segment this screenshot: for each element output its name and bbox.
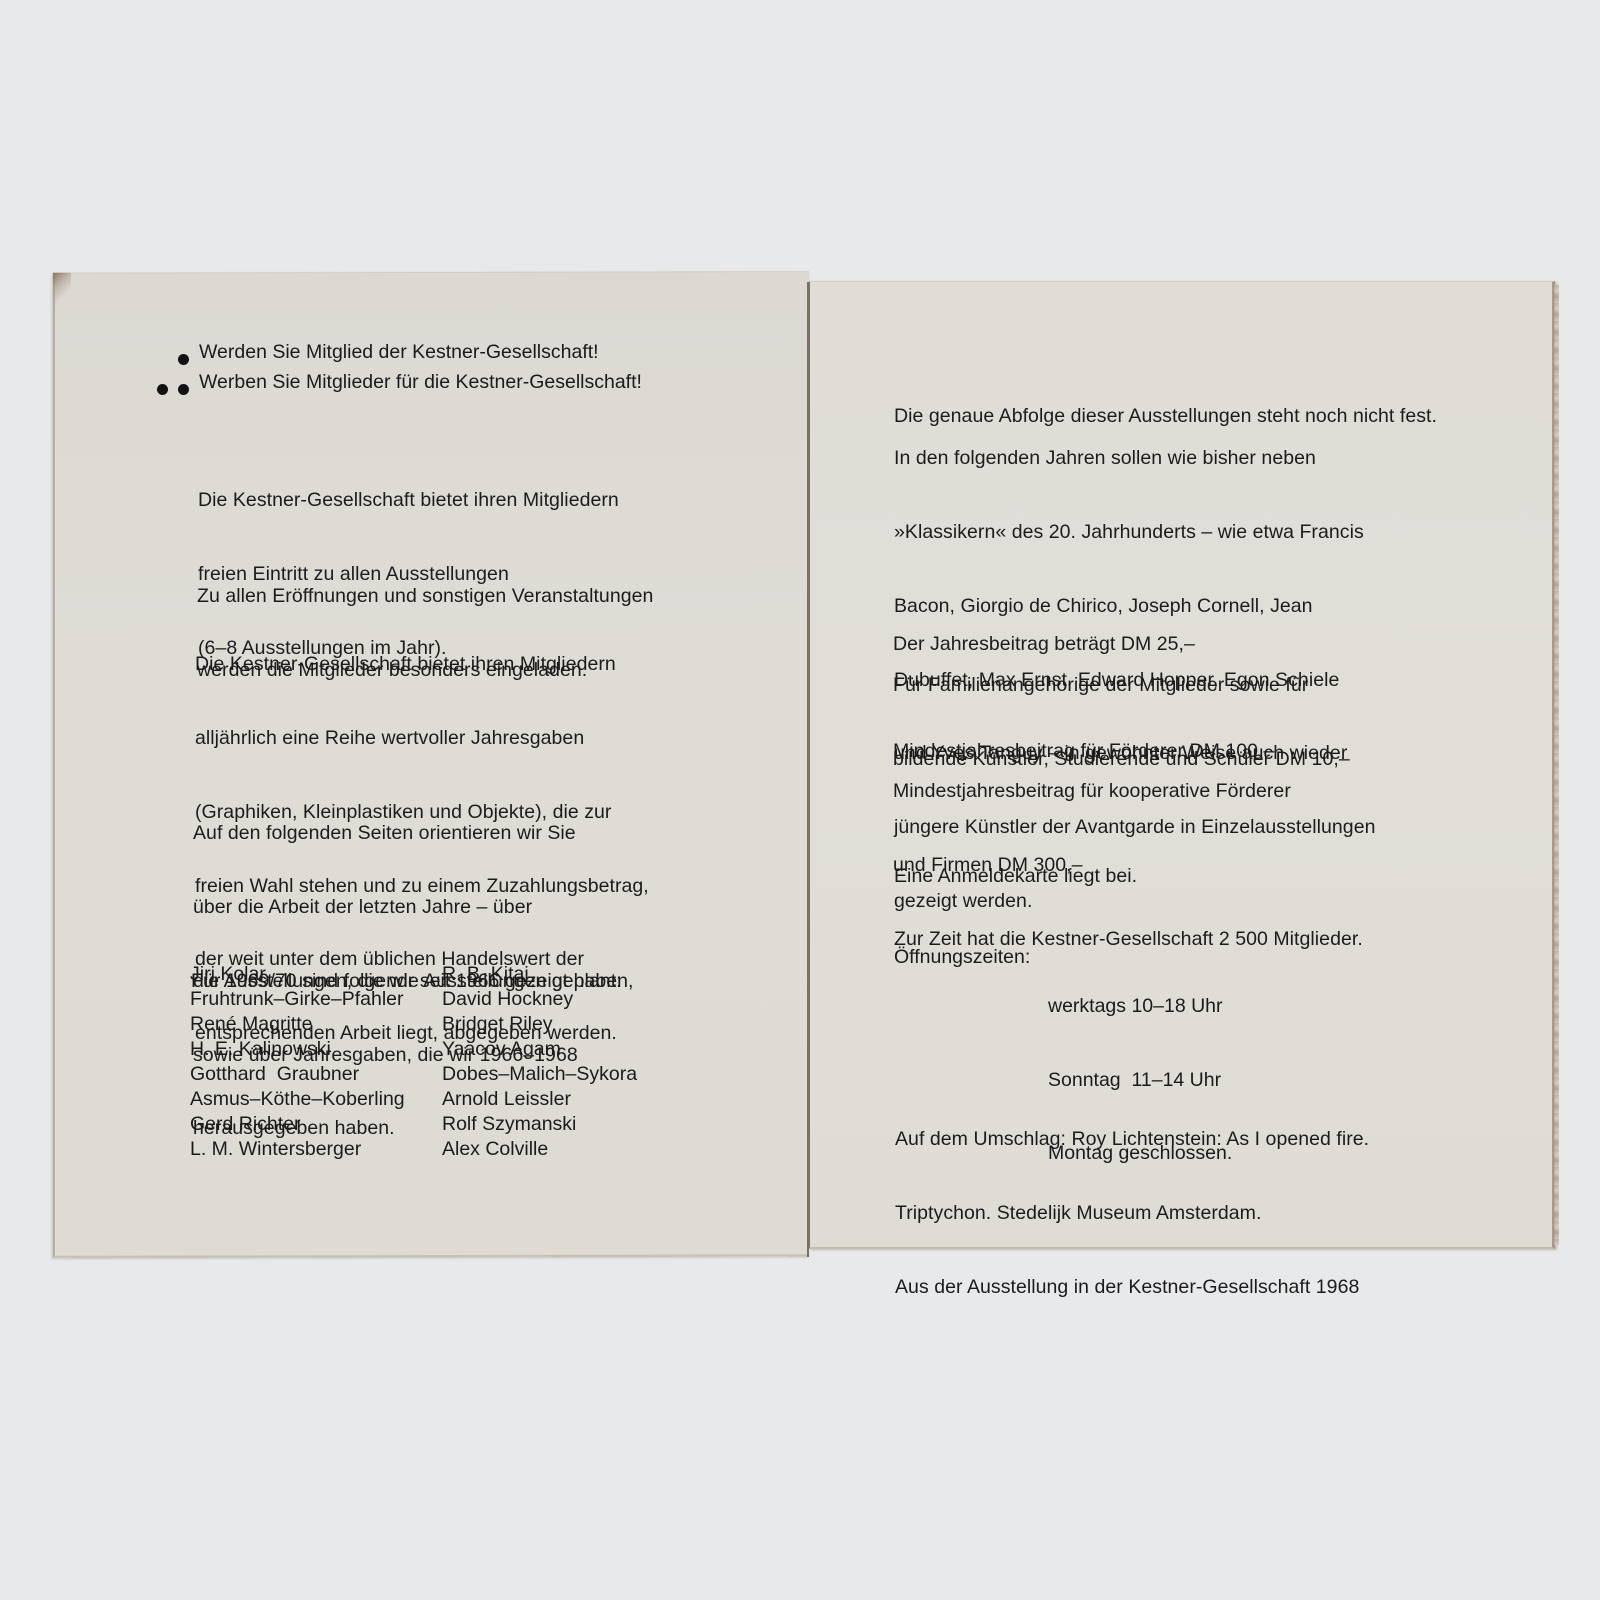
exhibitions-list-right: R. B. Kitaj David Hockney Bridget Riley …	[442, 962, 637, 1162]
opening-hours-label: Öffnungszeiten:	[894, 945, 1030, 970]
exhibition-item: Arnold Leissler	[442, 1087, 637, 1112]
bullet-icon	[157, 384, 168, 395]
book-gutter	[807, 282, 809, 1257]
exhibition-item: Dobes–Malich–Sykora	[442, 1062, 637, 1087]
text-line: Die Kestner-Gesellschaft bietet ihren Mi…	[195, 652, 649, 677]
bullet-icon	[178, 354, 189, 365]
exhibition-item: Fruhtrunk–Girke–Pfahler	[190, 987, 405, 1012]
text-line: über die Arbeit der letzten Jahre – über	[193, 895, 634, 920]
text-line: Auf den folgenden Seiten orientieren wir…	[193, 821, 634, 846]
exhibition-item: Asmus–Köthe–Koberling	[190, 1087, 405, 1112]
exhibition-item: R. B. Kitaj	[442, 962, 637, 987]
text-line: Die Kestner-Gesellschaft bietet ihren Mi…	[198, 488, 619, 513]
exhibition-item: Bridget Riley	[442, 1012, 637, 1037]
exhibition-item: Jiri Kolar	[190, 962, 405, 987]
exhibition-item: René Magritte	[190, 1012, 405, 1037]
page-edge-stack	[1554, 285, 1559, 1245]
exhibition-item: H. E. Kalinowski	[190, 1037, 405, 1062]
slogan-join: Werden Sie Mitglied der Kestner-Gesellsc…	[199, 340, 599, 364]
exhibition-item: Rolf Szymanski	[442, 1112, 637, 1137]
exhibition-item: L. M. Wintersberger	[190, 1137, 405, 1162]
exhibition-item: David Hockney	[442, 987, 637, 1012]
exhibitions-list-left: Jiri Kolar Fruhtrunk–Girke–Pfahler René …	[190, 962, 405, 1162]
exhibition-item: Yaacov Agam	[442, 1037, 637, 1062]
text-line: Mindestjahresbeitrag für kooperative För…	[893, 779, 1291, 804]
text-line: Auf dem Umschlag: Roy Lichtenstein: As I…	[895, 1127, 1369, 1152]
slogan-recruit: Werben Sie Mitglieder für die Kestner-Ge…	[199, 370, 642, 394]
cover-credit: Auf dem Umschlag: Roy Lichtenstein: As I…	[895, 1078, 1369, 1324]
text-line: Aus der Ausstellung in der Kestner-Gesel…	[895, 1275, 1369, 1300]
hours-line: werktags 10–18 Uhr	[1048, 994, 1232, 1019]
exhibition-item: Gotthard Graubner	[190, 1062, 405, 1087]
exhibition-item: Alex Colville	[442, 1137, 637, 1162]
exhibition-item: Gerd Richter	[190, 1112, 405, 1137]
text-line: Triptychon. Stedelijk Museum Amsterdam.	[895, 1201, 1369, 1226]
text-line: »Klassikern« des 20. Jahrhunderts – wie …	[894, 520, 1376, 545]
text-line: In den folgenden Jahren sollen wie bishe…	[894, 446, 1376, 471]
bullet-icon	[178, 384, 189, 395]
text-line: alljährlich eine Reihe wertvoller Jahres…	[195, 726, 649, 751]
